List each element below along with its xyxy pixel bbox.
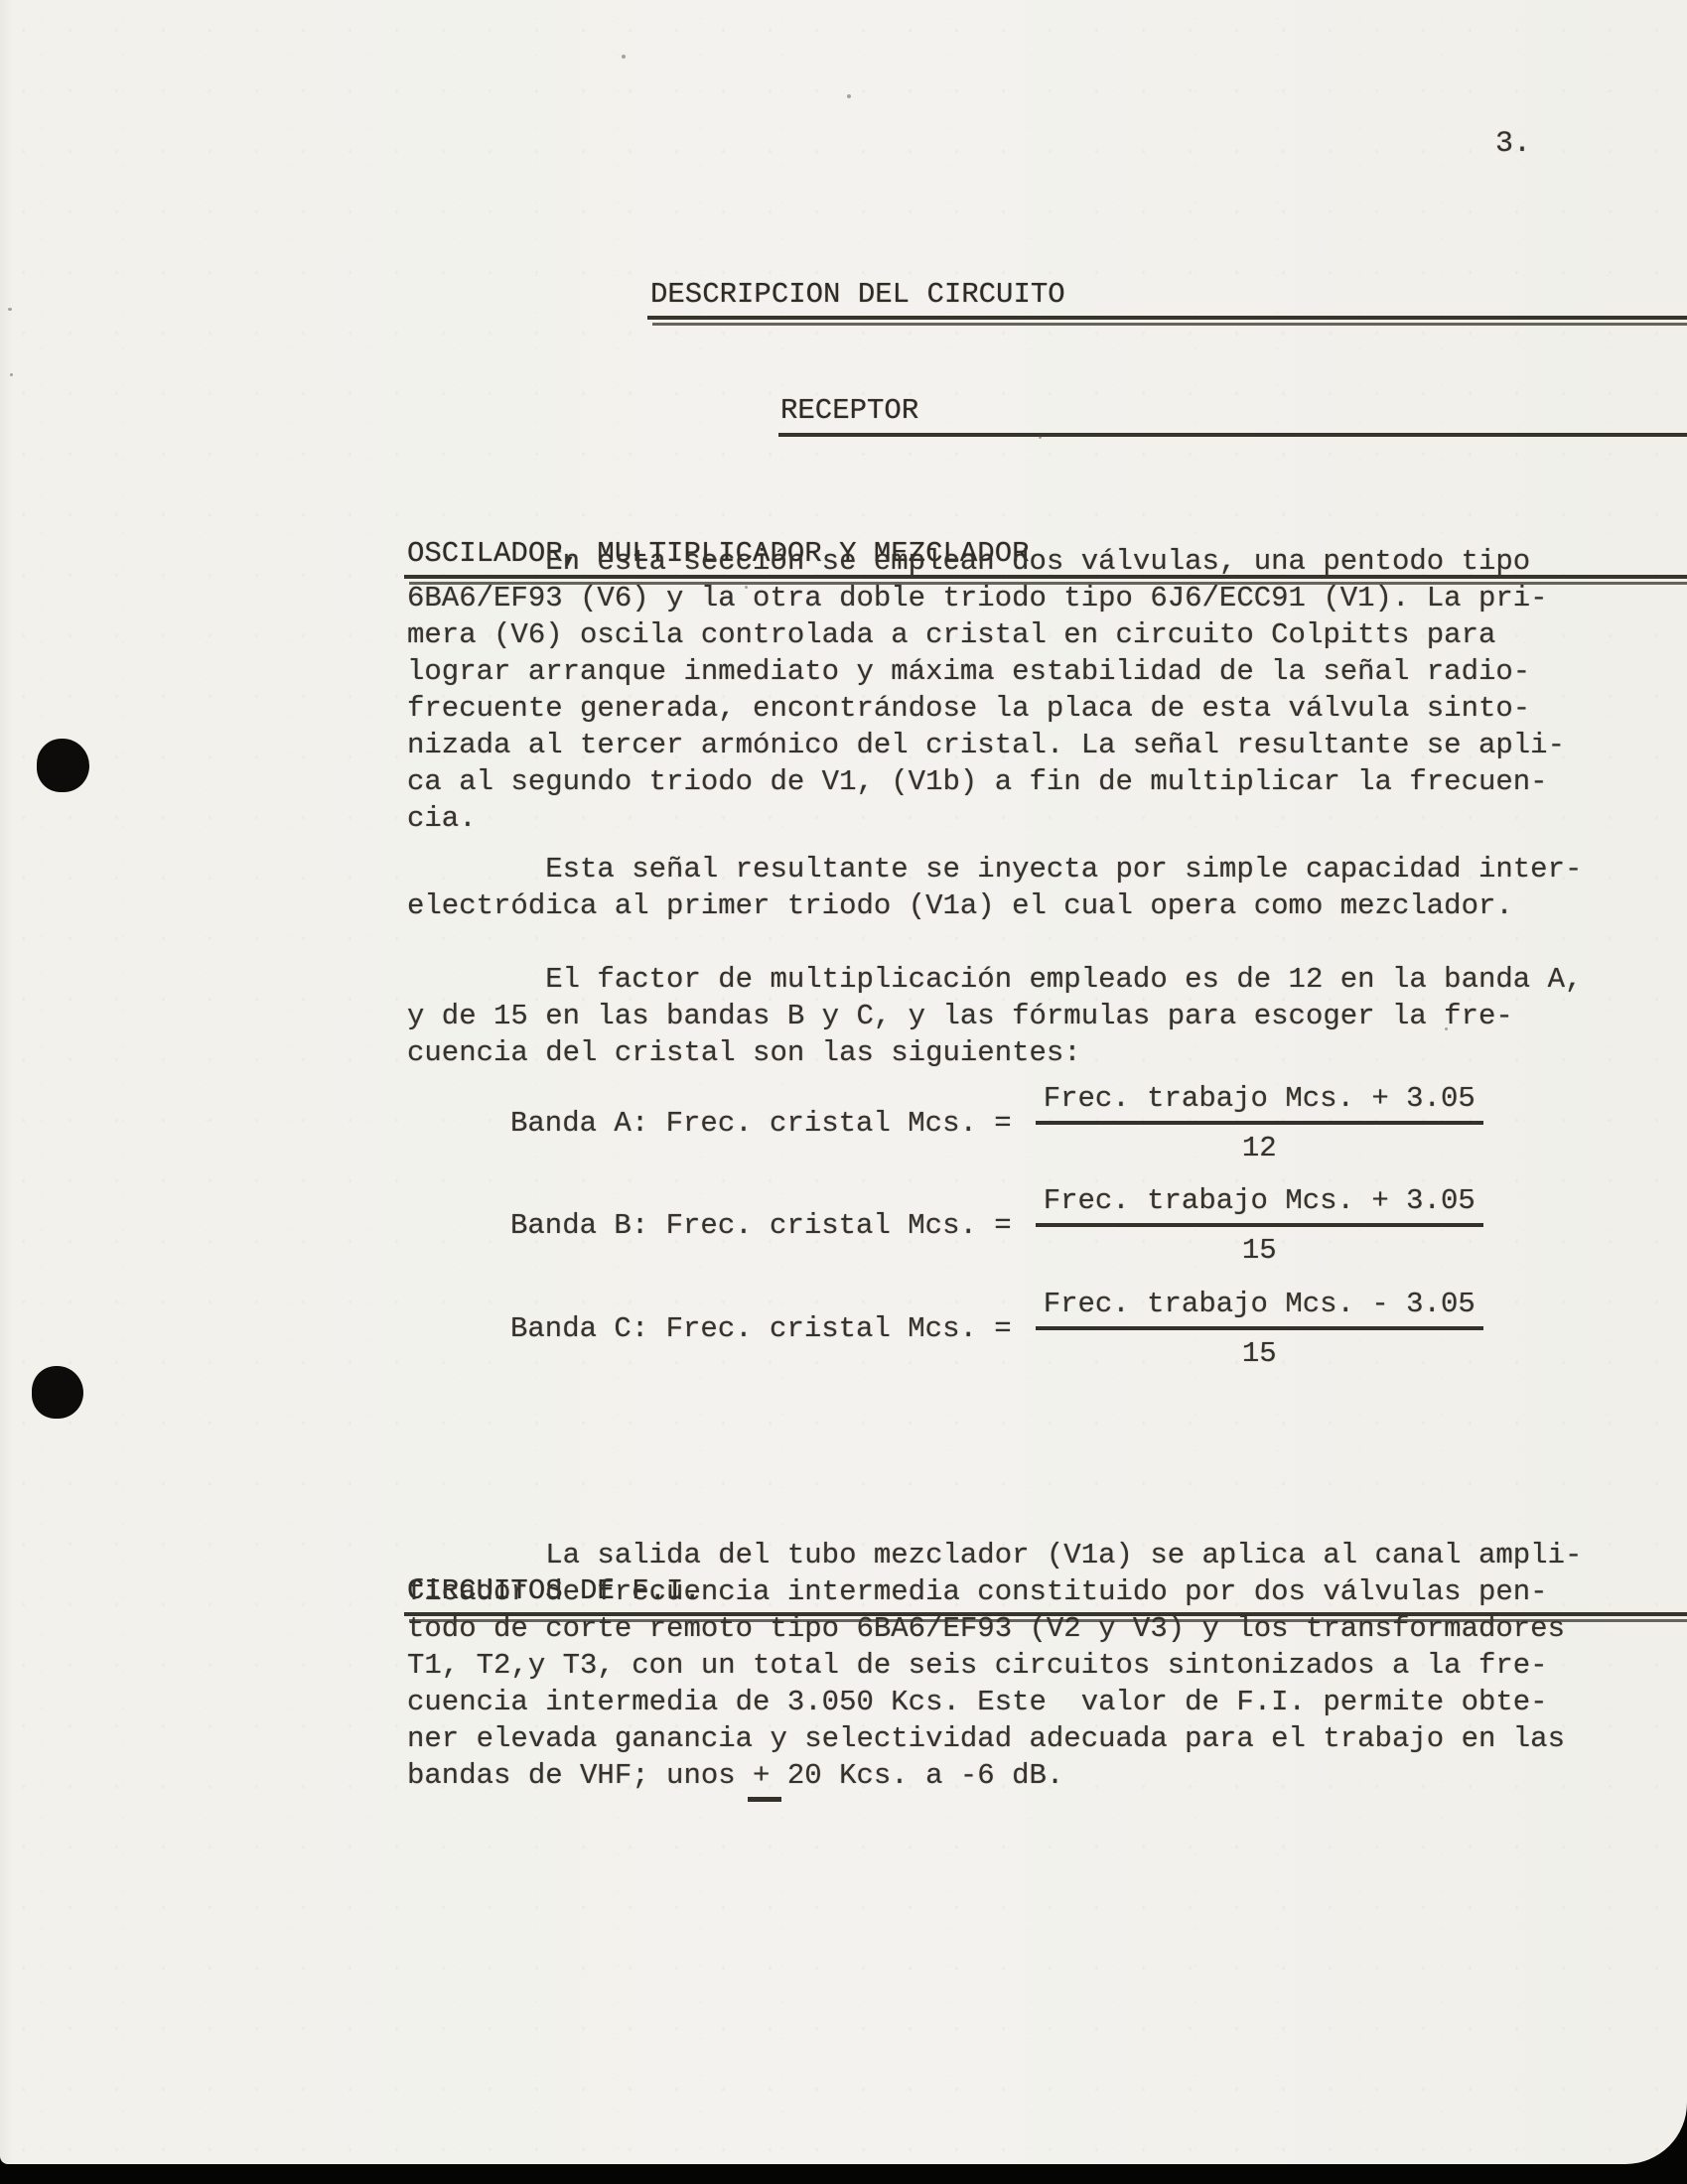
- formula-banda-b-label: Banda B: Frec. cristal Mcs. =: [510, 1207, 1012, 1244]
- formula-banda-b-fraction: Frec. trabajo Mcs. + 3.05 15: [1036, 1182, 1483, 1269]
- formula-banda-a: Banda A: Frec. cristal Mcs. = Frec. trab…: [510, 1080, 1483, 1166]
- formula-banda-a-fraction: Frec. trabajo Mcs. + 3.05 12: [1036, 1080, 1483, 1166]
- formula-banda-c-denominator: 15: [1242, 1330, 1277, 1372]
- paragraph-oscilador-1: En esta sección se emplean dos válvulas,…: [407, 543, 1565, 837]
- formula-banda-b-denominator: 15: [1242, 1227, 1277, 1269]
- formula-banda-c-numerator: Frec. trabajo Mcs. - 3.05: [1036, 1286, 1483, 1330]
- scan-speck: [1445, 1027, 1448, 1030]
- paragraph-oscilador-2: Esta señal resultante se inyecta por sim…: [407, 851, 1582, 924]
- document-title: DESCRIPCION DEL CIRCUITO: [650, 276, 1687, 313]
- paragraph-oscilador-3: El factor de multiplicación empleado es …: [407, 961, 1582, 1071]
- formula-banda-c-fraction: Frec. trabajo Mcs. - 3.05 15: [1036, 1286, 1483, 1372]
- formula-banda-c-label: Banda C: Frec. cristal Mcs. =: [510, 1310, 1012, 1347]
- paragraph-circuitos-fi-1: La salida del tubo mezclador (V1a) se ap…: [407, 1537, 1582, 1794]
- scan-speck: [8, 308, 12, 311]
- scan-speck: [622, 55, 626, 59]
- formula-banda-a-numerator: Frec. trabajo Mcs. + 3.05: [1036, 1080, 1483, 1125]
- scan-speck: [745, 586, 748, 589]
- formula-banda-c: Banda C: Frec. cristal Mcs. = Frec. trab…: [510, 1286, 1483, 1372]
- formula-banda-b: Banda B: Frec. cristal Mcs. = Frec. trab…: [510, 1182, 1483, 1269]
- hole-punch-bottom: [32, 1366, 83, 1419]
- hole-punch-top: [37, 739, 89, 792]
- scanned-document-page: 3. DESCRIPCION DEL CIRCUITO RECEPTOR OSC…: [0, 0, 1687, 2184]
- plus-minus-overstrike-dash: [748, 1797, 781, 1802]
- page-number: 3.: [1495, 126, 1531, 163]
- formula-banda-a-label: Banda A: Frec. cristal Mcs. =: [510, 1105, 1012, 1142]
- scan-speck: [1039, 435, 1042, 439]
- formula-banda-a-denominator: 12: [1242, 1125, 1277, 1166]
- formula-banda-b-numerator: Frec. trabajo Mcs. + 3.05: [1036, 1182, 1483, 1227]
- scan-speck: [10, 373, 13, 376]
- scan-speck: [847, 94, 851, 98]
- document-subtitle: RECEPTOR: [780, 392, 1687, 429]
